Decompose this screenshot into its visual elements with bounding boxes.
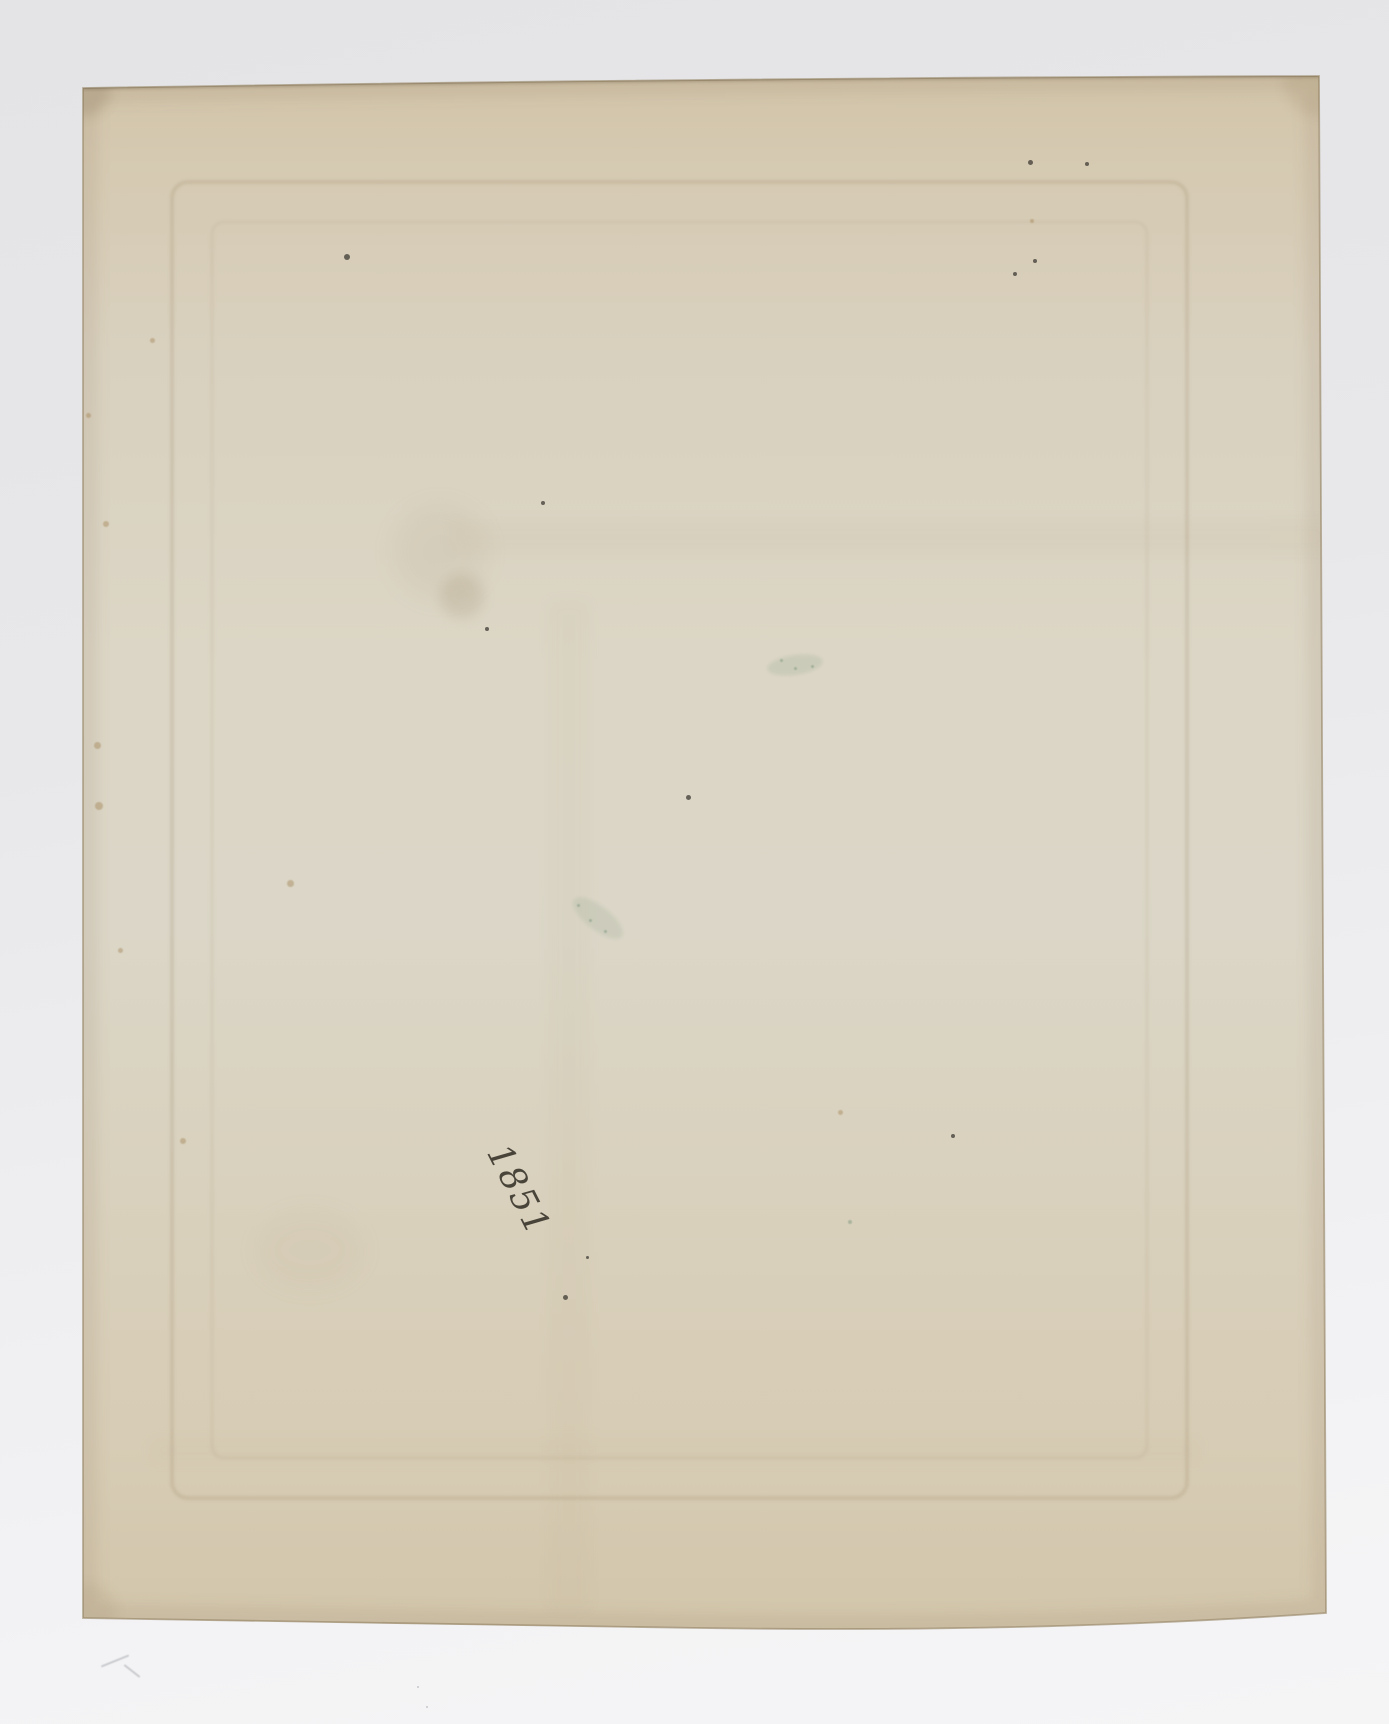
paper-surface [83, 76, 1326, 1629]
photo-scene: 1851 [0, 0, 1389, 1724]
paper-sheet [0, 0, 1389, 1724]
